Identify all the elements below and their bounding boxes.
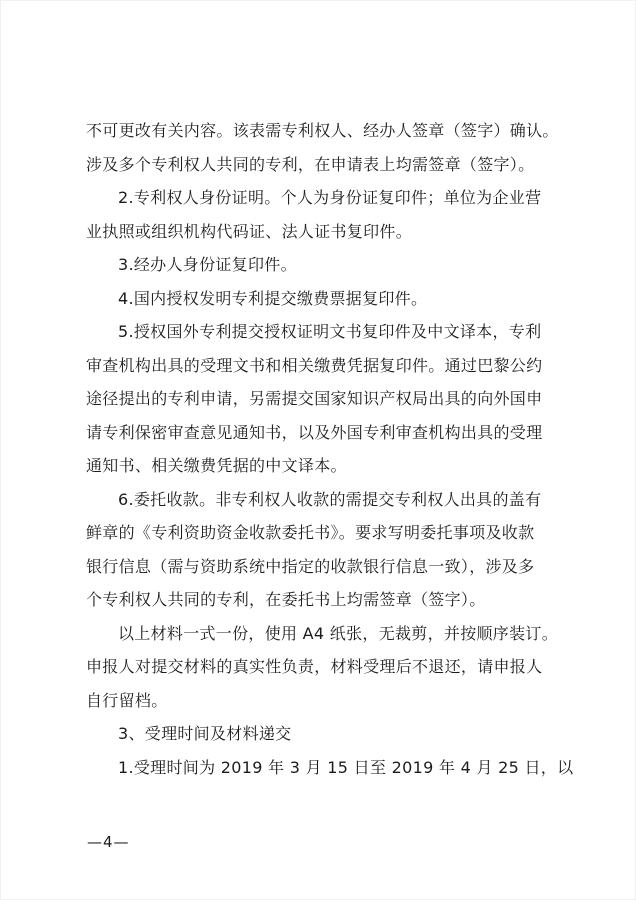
text-line: 1.受理时间为 2019 年 3 月 15 日至 2019 年 4 月 25 日… xyxy=(86,751,558,785)
document-body: 不可更改有关内容。该表需专利权人、经办人签章（签字）确认。涉及多个专利权人共同的… xyxy=(86,114,558,784)
text-line: 不可更改有关内容。该表需专利权人、经办人签章（签字）确认。 xyxy=(86,114,558,148)
text-line: 审查机构出具的受理文书和相关缴费凭据复印件。通过巴黎公约 xyxy=(86,349,558,383)
text-line: 3.经办人身份证复印件。 xyxy=(86,248,558,282)
text-line: 通知书、相关缴费凭据的中文译本。 xyxy=(86,449,558,483)
text-line: 请专利保密审查意见通知书，以及外国专利审查机构出具的受理 xyxy=(86,416,558,450)
text-line: 业执照或组织机构代码证、法人证书复印件。 xyxy=(86,215,558,249)
text-line: 途径提出的专利申请，另需提交国家知识产权局出具的向外国申 xyxy=(86,382,558,416)
text-line: 6.委托收款。非专利权人收款的需提交专利权人出具的盖有 xyxy=(86,483,558,517)
page-number: —4— xyxy=(87,833,130,851)
text-line: 涉及多个专利权人共同的专利，在申请表上均需签章（签字）。 xyxy=(86,148,558,182)
text-line: 3、受理时间及材料递交 xyxy=(86,717,558,751)
text-line: 个专利权人共同的专利，在委托书上均需签章（签字）。 xyxy=(86,583,558,617)
text-line: 银行信息（需与资助系统中指定的收款银行信息一致），涉及多 xyxy=(86,550,558,584)
text-line: 2.专利权人身份证明。个人为身份证复印件；单位为企业营 xyxy=(86,181,558,215)
text-line: 鲜章的《专利资助资金收款委托书》。要求写明委托事项及收款 xyxy=(86,516,558,550)
text-line: 自行留档。 xyxy=(86,684,558,718)
text-line: 5.授权国外专利提交授权证明文书复印件及中文译本，专利 xyxy=(86,315,558,349)
text-line: 4.国内授权发明专利提交缴费票据复印件。 xyxy=(86,282,558,316)
text-line: 以上材料一式一份，使用 A4 纸张，无裁剪，并按顺序装订。 xyxy=(86,617,558,651)
text-line: 申报人对提交材料的真实性负责，材料受理后不退还，请申报人 xyxy=(86,650,558,684)
document-page: 不可更改有关内容。该表需专利权人、经办人签章（签字）确认。涉及多个专利权人共同的… xyxy=(0,0,636,900)
